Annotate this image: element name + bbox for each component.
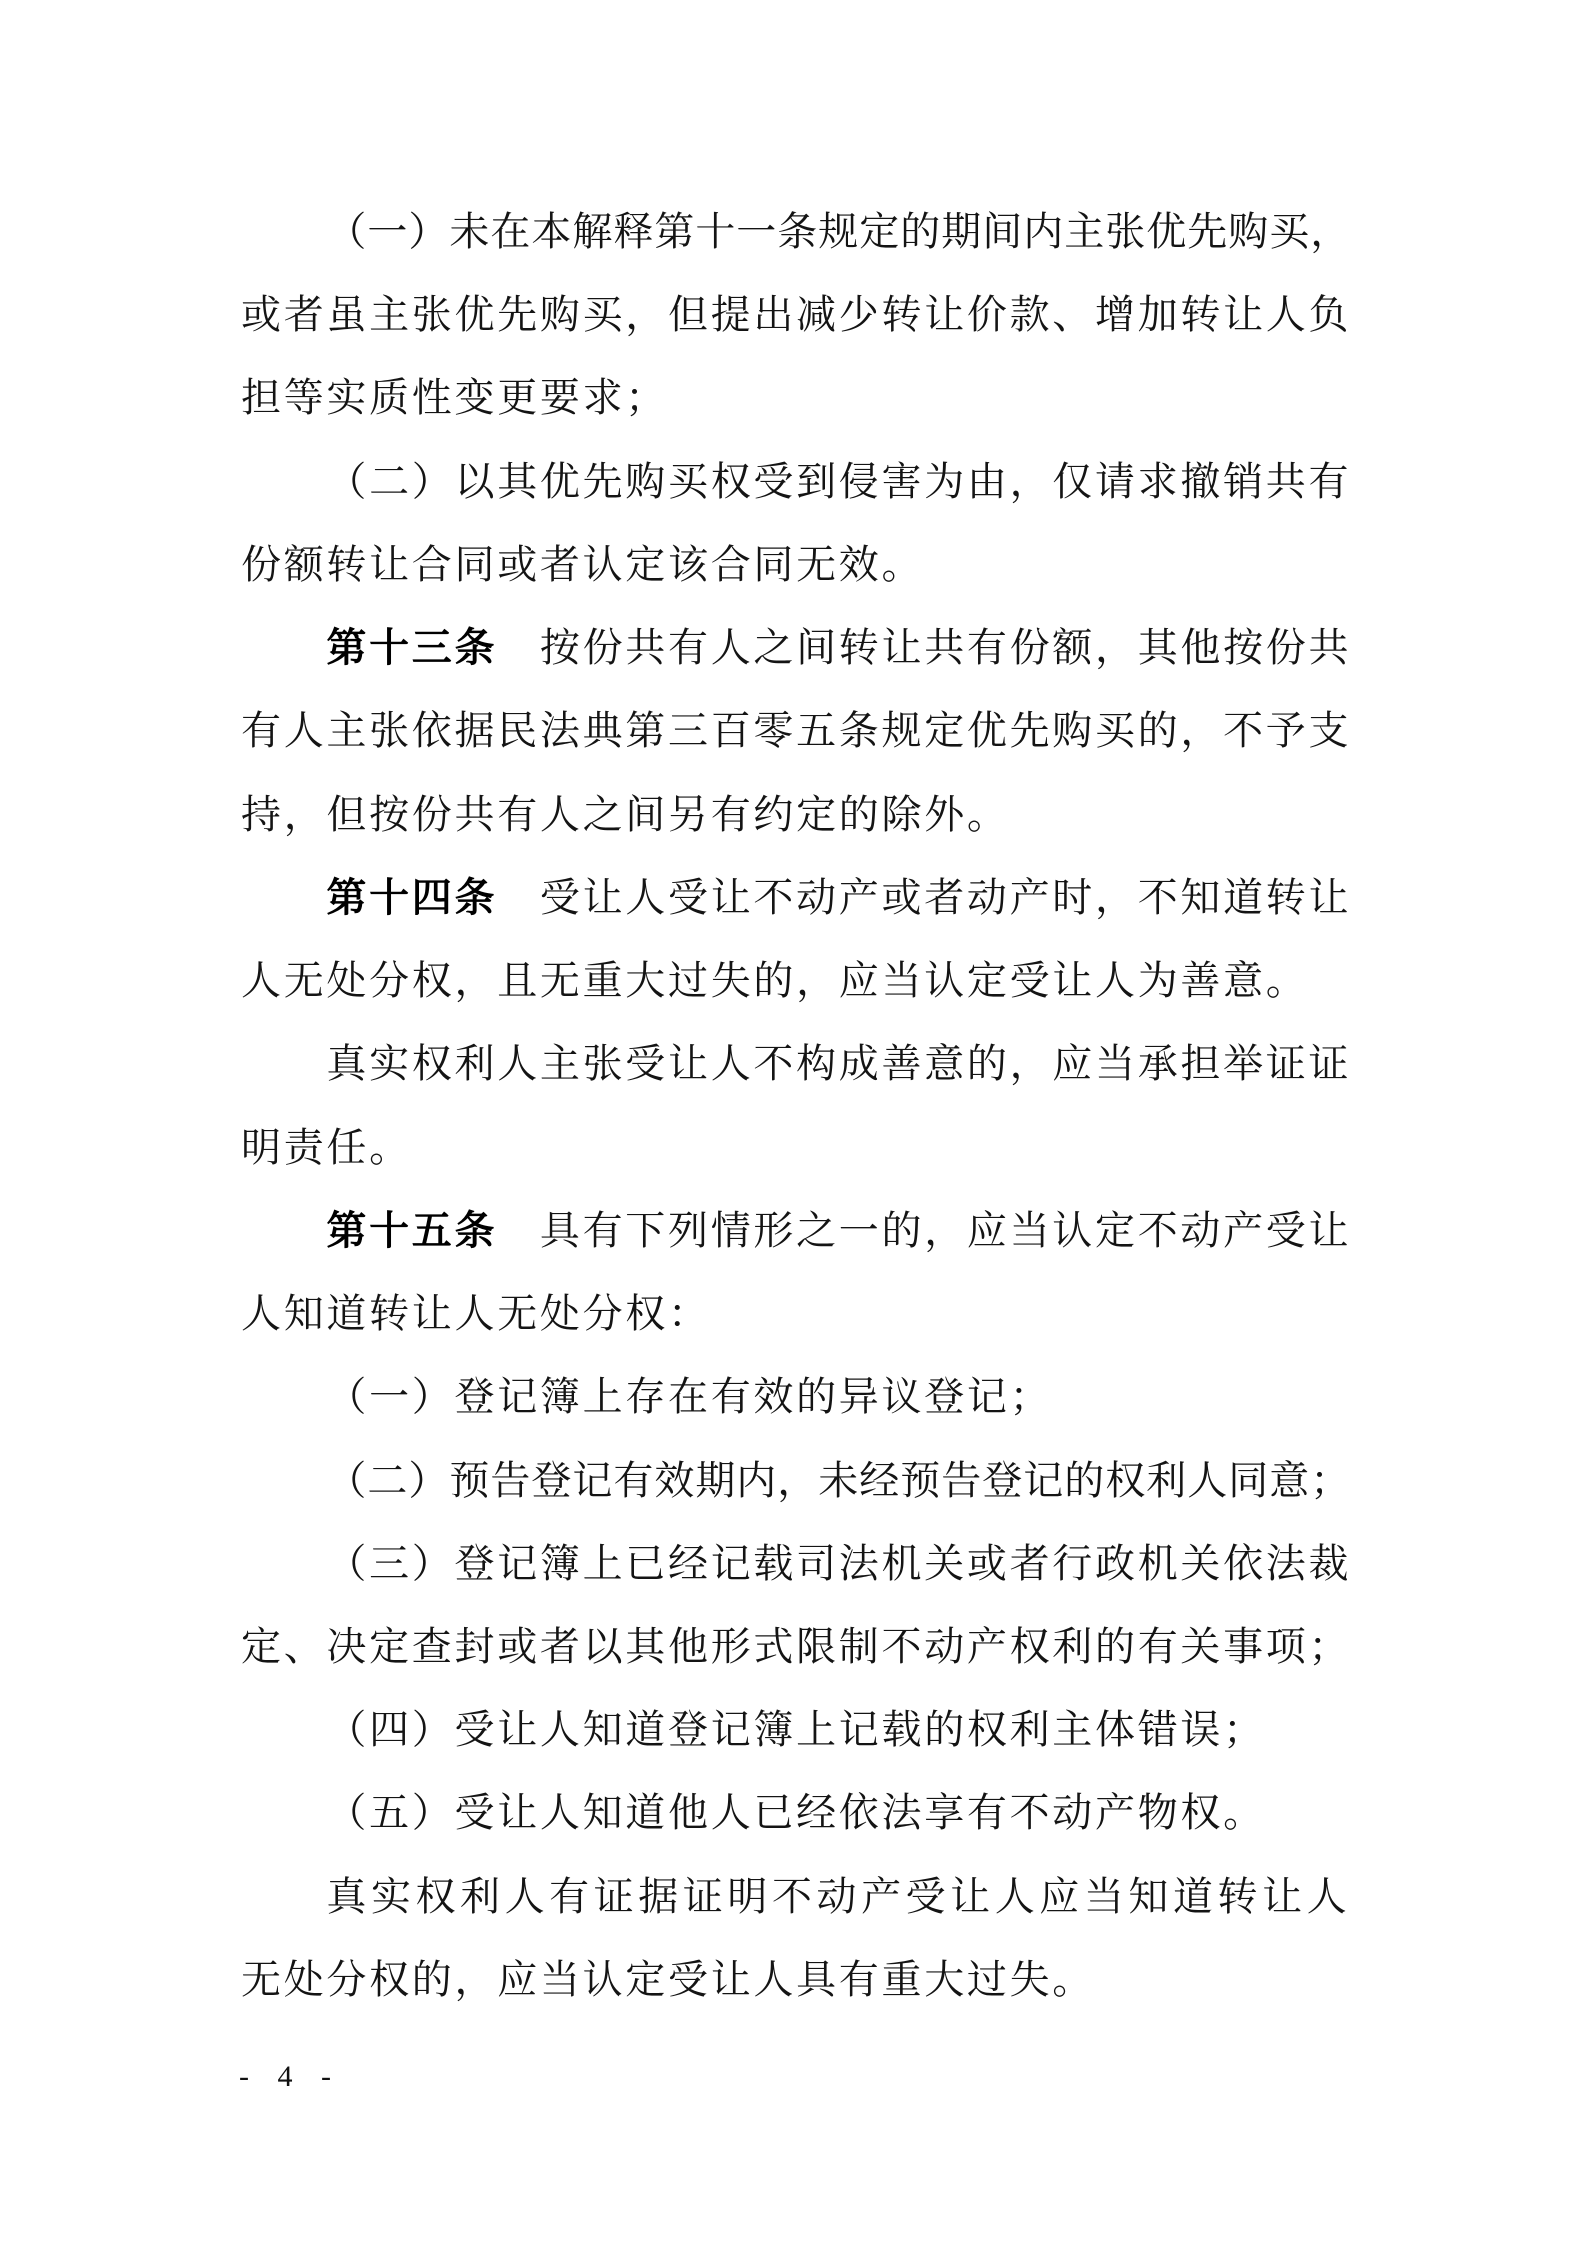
article-15-item-2: （二）预告登记有效期内，未经预告登记的权利人同意； [241, 1440, 1352, 1523]
text-line: （二）以其优先购买权受到侵害为由，仅请求撤销共有 [241, 441, 1352, 524]
line-text: 无处分权的，应当认定受让人具有重大过失。 [241, 1939, 1095, 2022]
line-text: 担等实质性变更要求； [241, 357, 668, 440]
text-line: 第十四条 受让人受让不动产或者动产时，不知道转让 [241, 857, 1352, 940]
article-heading: 第十三条 [326, 625, 497, 671]
document-body: （一）未在本解释第十一条规定的期间内主张优先购买， 或者虽主张优先购买，但提出减… [241, 191, 1352, 2022]
line-text: （二）预告登记有效期内，未经预告登记的权利人同意； [326, 1440, 1351, 1523]
line-text: 真实权利人主张受让人不构成善意的，应当承担举证证 [326, 1023, 1351, 1106]
line-text: （二）以其优先购买权受到侵害为由，仅请求撤销共有 [326, 441, 1351, 524]
article-14-paragraph-2: 真实权利人主张受让人不构成善意的，应当承担举证证 明责任。 [241, 1023, 1352, 1189]
text-line: 份额转让合同或者认定该合同无效。 [241, 524, 1352, 607]
document-page: （一）未在本解释第十一条规定的期间内主张优先购买， 或者虽主张优先购买，但提出减… [0, 0, 1587, 2245]
page-number: - 4 - [239, 2062, 341, 2092]
line-content: 第十四条 受让人受让不动产或者动产时，不知道转让 [326, 857, 1351, 940]
text-line: 定、决定查封或者以其他形式限制不动产权利的有关事项； [241, 1606, 1352, 1689]
line-text: 定、决定查封或者以其他形式限制不动产权利的有关事项； [241, 1606, 1351, 1689]
line-text: （四）受让人知道登记簿上记载的权利主体错误； [326, 1689, 1265, 1772]
text-line: 人知道转让人无处分权： [241, 1273, 1352, 1356]
article-15-item-5: （五）受让人知道他人已经依法享有不动产物权。 [241, 1772, 1352, 1855]
text-line: 担等实质性变更要求； [241, 357, 1352, 440]
text-line: 第十三条 按份共有人之间转让共有份额，其他按份共 [241, 607, 1352, 690]
text-line: （三）登记簿上已经记载司法机关或者行政机关依法裁 [241, 1523, 1352, 1606]
line-text: 份额转让合同或者认定该合同无效。 [241, 524, 924, 607]
text-line: 人无处分权，且无重大过失的，应当认定受让人为善意。 [241, 940, 1352, 1023]
article-15-item-1: （一）登记簿上存在有效的异议登记； [241, 1356, 1352, 1439]
clause-item-2: （二）以其优先购买权受到侵害为由，仅请求撤销共有 份额转让合同或者认定该合同无效… [241, 441, 1352, 607]
text-line: 真实权利人主张受让人不构成善意的，应当承担举证证 [241, 1023, 1352, 1106]
text-line: （二）预告登记有效期内，未经预告登记的权利人同意； [241, 1440, 1352, 1523]
article-14: 第十四条 受让人受让不动产或者动产时，不知道转让 人无处分权，且无重大过失的，应… [241, 857, 1352, 1023]
line-text: （五）受让人知道他人已经依法享有不动产物权。 [326, 1772, 1265, 1855]
line-text: 明责任。 [241, 1107, 412, 1190]
line-text: 人无处分权，且无重大过失的，应当认定受让人为善意。 [241, 940, 1309, 1023]
article-15-item-3: （三）登记簿上已经记载司法机关或者行政机关依法裁 定、决定查封或者以其他形式限制… [241, 1523, 1352, 1689]
article-15: 第十五条 具有下列情形之一的，应当认定不动产受让 人知道转让人无处分权： [241, 1190, 1352, 1356]
line-content: 第十三条 按份共有人之间转让共有份额，其他按份共 [326, 607, 1351, 690]
text-line: 第十五条 具有下列情形之一的，应当认定不动产受让 [241, 1190, 1352, 1273]
line-text: 或者虽主张优先购买，但提出减少转让价款、增加转让人负 [241, 274, 1351, 357]
line-text: （一）未在本解释第十一条规定的期间内主张优先购买， [326, 191, 1351, 274]
line-text: 人知道转让人无处分权： [241, 1273, 711, 1356]
text-line: （一）登记簿上存在有效的异议登记； [241, 1356, 1352, 1439]
text-line: （四）受让人知道登记簿上记载的权利主体错误； [241, 1689, 1352, 1772]
line-text: 具有下列情形之一的，应当认定不动产受让 [497, 1208, 1351, 1254]
text-line: 有人主张依据民法典第三百零五条规定优先购买的，不予支 [241, 690, 1352, 773]
article-heading: 第十五条 [326, 1208, 497, 1254]
line-content: 第十五条 具有下列情形之一的，应当认定不动产受让 [326, 1190, 1351, 1273]
line-text: 按份共有人之间转让共有份额，其他按份共 [497, 625, 1351, 671]
text-line: 明责任。 [241, 1107, 1352, 1190]
text-line: （一）未在本解释第十一条规定的期间内主张优先购买， [241, 191, 1352, 274]
text-line: 或者虽主张优先购买，但提出减少转让价款、增加转让人负 [241, 274, 1352, 357]
line-text: 持，但按份共有人之间另有约定的除外。 [241, 774, 1010, 857]
article-15-item-4: （四）受让人知道登记簿上记载的权利主体错误； [241, 1689, 1352, 1772]
article-heading: 第十四条 [326, 875, 497, 921]
text-line: （五）受让人知道他人已经依法享有不动产物权。 [241, 1772, 1352, 1855]
article-13: 第十三条 按份共有人之间转让共有份额，其他按份共 有人主张依据民法典第三百零五条… [241, 607, 1352, 857]
line-text: 有人主张依据民法典第三百零五条规定优先购买的，不予支 [241, 690, 1351, 773]
text-line: 无处分权的，应当认定受让人具有重大过失。 [241, 1939, 1352, 2022]
line-text: （三）登记簿上已经记载司法机关或者行政机关依法裁 [326, 1523, 1351, 1606]
line-text: 受让人受让不动产或者动产时，不知道转让 [497, 875, 1351, 921]
line-text: （一）登记簿上存在有效的异议登记； [326, 1356, 1052, 1439]
clause-item-1: （一）未在本解释第十一条规定的期间内主张优先购买， 或者虽主张优先购买，但提出减… [241, 191, 1352, 441]
text-line: 持，但按份共有人之间另有约定的除外。 [241, 774, 1352, 857]
line-text: 真实权利人有证据证明不动产受让人应当知道转让人 [326, 1856, 1351, 1939]
text-line: 真实权利人有证据证明不动产受让人应当知道转让人 [241, 1856, 1352, 1939]
article-15-paragraph-2: 真实权利人有证据证明不动产受让人应当知道转让人 无处分权的，应当认定受让人具有重… [241, 1856, 1352, 2022]
